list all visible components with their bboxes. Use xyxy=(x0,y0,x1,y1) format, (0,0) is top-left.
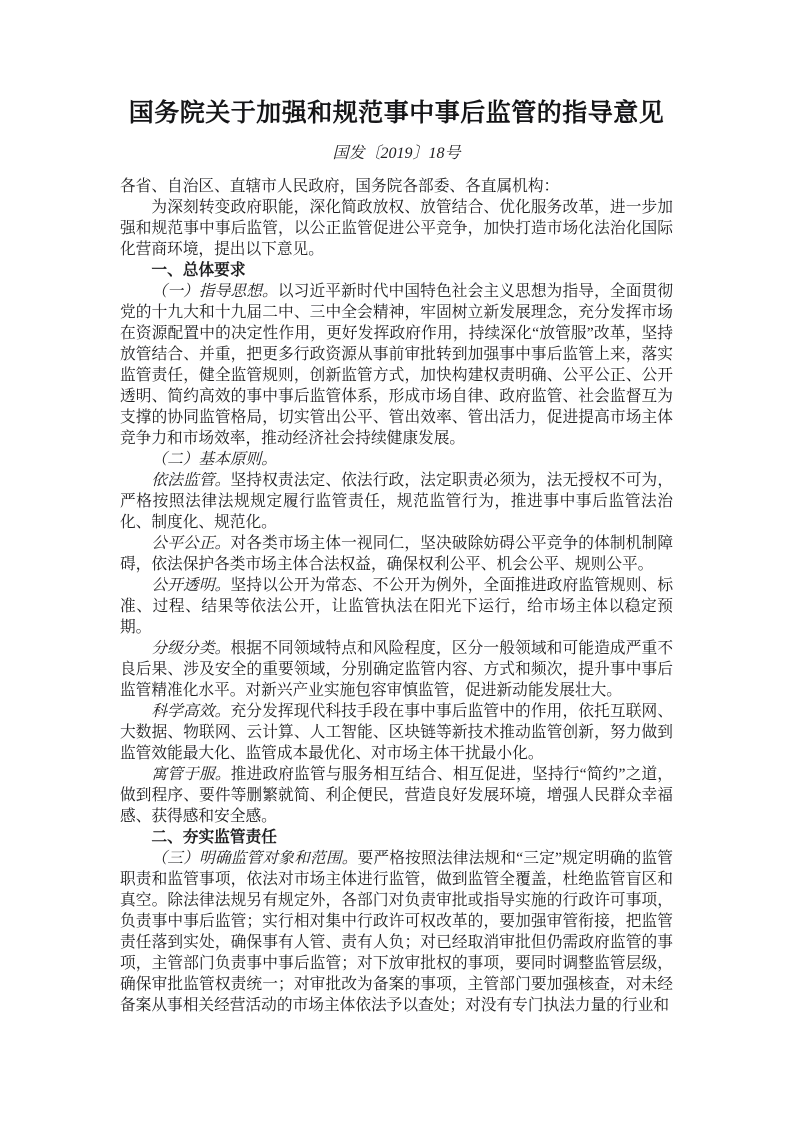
document-number: 国发〔2019〕18号 xyxy=(120,143,673,165)
paragraph: （三）明确监管对象和范围。要严格按照法律法规和“三定”规定明确的监管职责和监管事… xyxy=(120,848,673,1016)
document-page: 国务院关于加强和规范事中事后监管的指导意见 国发〔2019〕18号 各省、自治区… xyxy=(0,0,793,1122)
paragraph: 寓管于服。推进政府监管与服务相互结合、相互促进，坚持行“简约”之道，做到程序、要… xyxy=(120,764,673,827)
paragraph-lead: （二）基本原则。 xyxy=(151,451,277,468)
paragraph: 分级分类。根据不同领域特点和风险程度，区分一般领域和可能造成严重不良后果、涉及安… xyxy=(120,638,673,701)
document-body: 各省、自治区、直辖市人民政府，国务院各部委、各直属机构： 为深刻转变政府职能，深… xyxy=(120,176,673,1016)
paragraph: 为深刻转变政府职能，深化简政放权、放管结合、优化服务改革，进一步加强和规范事中事… xyxy=(120,197,673,260)
salutation: 各省、自治区、直辖市人民政府，国务院各部委、各直属机构： xyxy=(120,176,673,197)
paragraph: （二）基本原则。 xyxy=(120,449,673,470)
paragraph-lead: 分级分类。 xyxy=(151,640,230,657)
section-heading: 一、总体要求 xyxy=(120,260,673,281)
document-title: 国务院关于加强和规范事中事后监管的指导意见 xyxy=(120,0,673,131)
paragraph-text: 要严格按照法律法规和“三定”规定明确的监管职责和监管事项，依法对市场主体进行监管… xyxy=(120,850,673,1014)
paragraph-lead: （三）明确监管对象和范围。 xyxy=(151,850,357,867)
paragraph-lead: 寓管于服。 xyxy=(151,766,230,783)
paragraph: 公开透明。坚持以公开为常态、不公开为例外，全面推进政府监管规则、标准、过程、结果… xyxy=(120,575,673,638)
section-heading-text: 一、总体要求 xyxy=(151,262,245,279)
section-heading: 二、夯实监管责任 xyxy=(120,827,673,848)
paragraph: （一）指导思想。以习近平新时代中国特色社会主义思想为指导，全面贯彻党的十九大和十… xyxy=(120,281,673,449)
paragraph-lead: 科学高效。 xyxy=(151,703,230,720)
paragraph-text: 为深刻转变政府职能，深化简政放权、放管结合、优化服务改革，进一步加强和规范事中事… xyxy=(120,199,673,258)
paragraph-lead: 公开透明。 xyxy=(151,577,230,594)
document-content: 国务院关于加强和规范事中事后监管的指导意见 国发〔2019〕18号 各省、自治区… xyxy=(120,0,673,1016)
paragraph-lead: 依法监管。 xyxy=(151,472,230,489)
section-heading-text: 二、夯实监管责任 xyxy=(151,829,277,846)
paragraph-list: 为深刻转变政府职能，深化简政放权、放管结合、优化服务改革，进一步加强和规范事中事… xyxy=(120,197,673,1016)
paragraph: 科学高效。充分发挥现代科技手段在事中事后监管中的作用，依托互联网、大数据、物联网… xyxy=(120,701,673,764)
paragraph-text: 以习近平新时代中国特色社会主义思想为指导，全面贯彻党的十九大和十九届二中、三中全… xyxy=(120,283,673,447)
paragraph-lead: （一）指导思想。 xyxy=(151,283,277,300)
paragraph: 依法监管。坚持权责法定、依法行政，法定职责必须为，法无授权不可为，严格按照法律法… xyxy=(120,470,673,533)
paragraph-lead: 公平公正。 xyxy=(151,535,230,552)
paragraph: 公平公正。对各类市场主体一视同仁，坚决破除妨碍公平竞争的体制机制障碍，依法保护各… xyxy=(120,533,673,575)
